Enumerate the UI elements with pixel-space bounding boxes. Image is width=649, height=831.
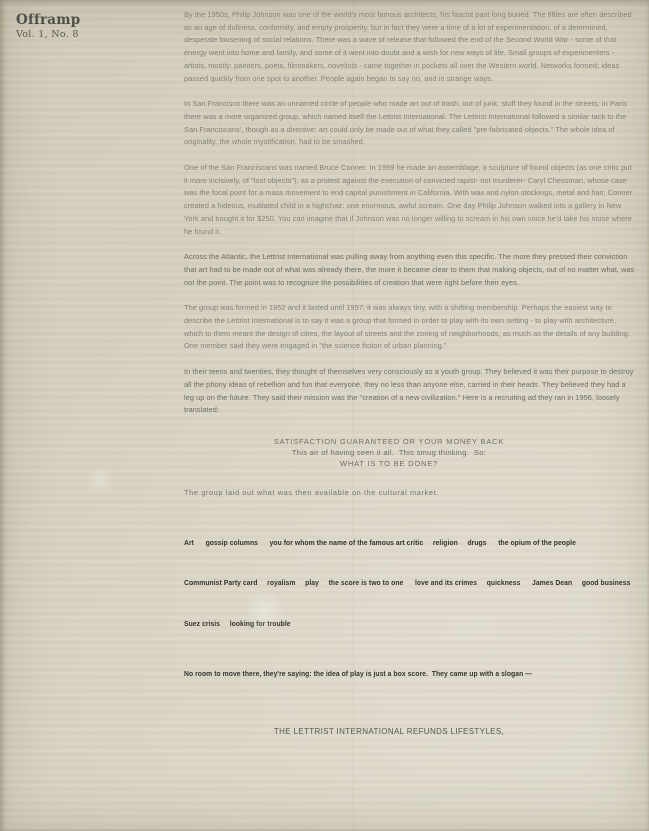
market-list-line: Communist Party card royalism play the s… bbox=[184, 576, 633, 590]
paragraph: Across the Atlantic, the Lettrist Intern… bbox=[184, 251, 636, 289]
market-list-line: Art gossip columns you for whom the name… bbox=[184, 536, 633, 550]
recruiting-ad: SATISFACTION GUARANTEED OR YOUR MONEY BA… bbox=[184, 436, 594, 469]
paragraph: One of the San Franciscans was named Bru… bbox=[184, 162, 636, 238]
masthead: Offramp Vol. 1, No. 8 bbox=[16, 13, 80, 41]
paragraph: In San Francisco there was an unnamed ci… bbox=[184, 98, 636, 149]
paragraph: By the 1950s, Philip Johnson was one of … bbox=[184, 9, 636, 85]
zine-issue-number: Vol. 1, No. 8 bbox=[16, 28, 80, 41]
zine-title: Offramp bbox=[16, 13, 80, 28]
paragraph: The group was formed in 1952 and it last… bbox=[184, 302, 636, 353]
slogan-note: No room to move there, they're saying: t… bbox=[184, 667, 633, 680]
paragraph: In their teens and twenties, they though… bbox=[184, 366, 636, 417]
ad-line: WHAT IS TO BE DONE? bbox=[184, 458, 594, 469]
market-intro: The group laid out what was then availab… bbox=[184, 487, 636, 500]
scanned-zine-page: Offramp Vol. 1, No. 8 By the 1950s, Phil… bbox=[0, 0, 649, 831]
closing-slogan: THE LETTRIST INTERNATIONAL REFUNDS LIFES… bbox=[184, 726, 594, 739]
cultural-market-list: Art gossip columns you for whom the name… bbox=[184, 509, 633, 658]
article-body: By the 1950s, Philip Johnson was one of … bbox=[184, 9, 636, 739]
ad-line: SATISFACTION GUARANTEED OR YOUR MONEY BA… bbox=[184, 436, 594, 447]
ad-line: This air of having seen it all. This smu… bbox=[184, 447, 594, 458]
market-list-line: Suez crisis looking for trouble bbox=[184, 617, 633, 631]
